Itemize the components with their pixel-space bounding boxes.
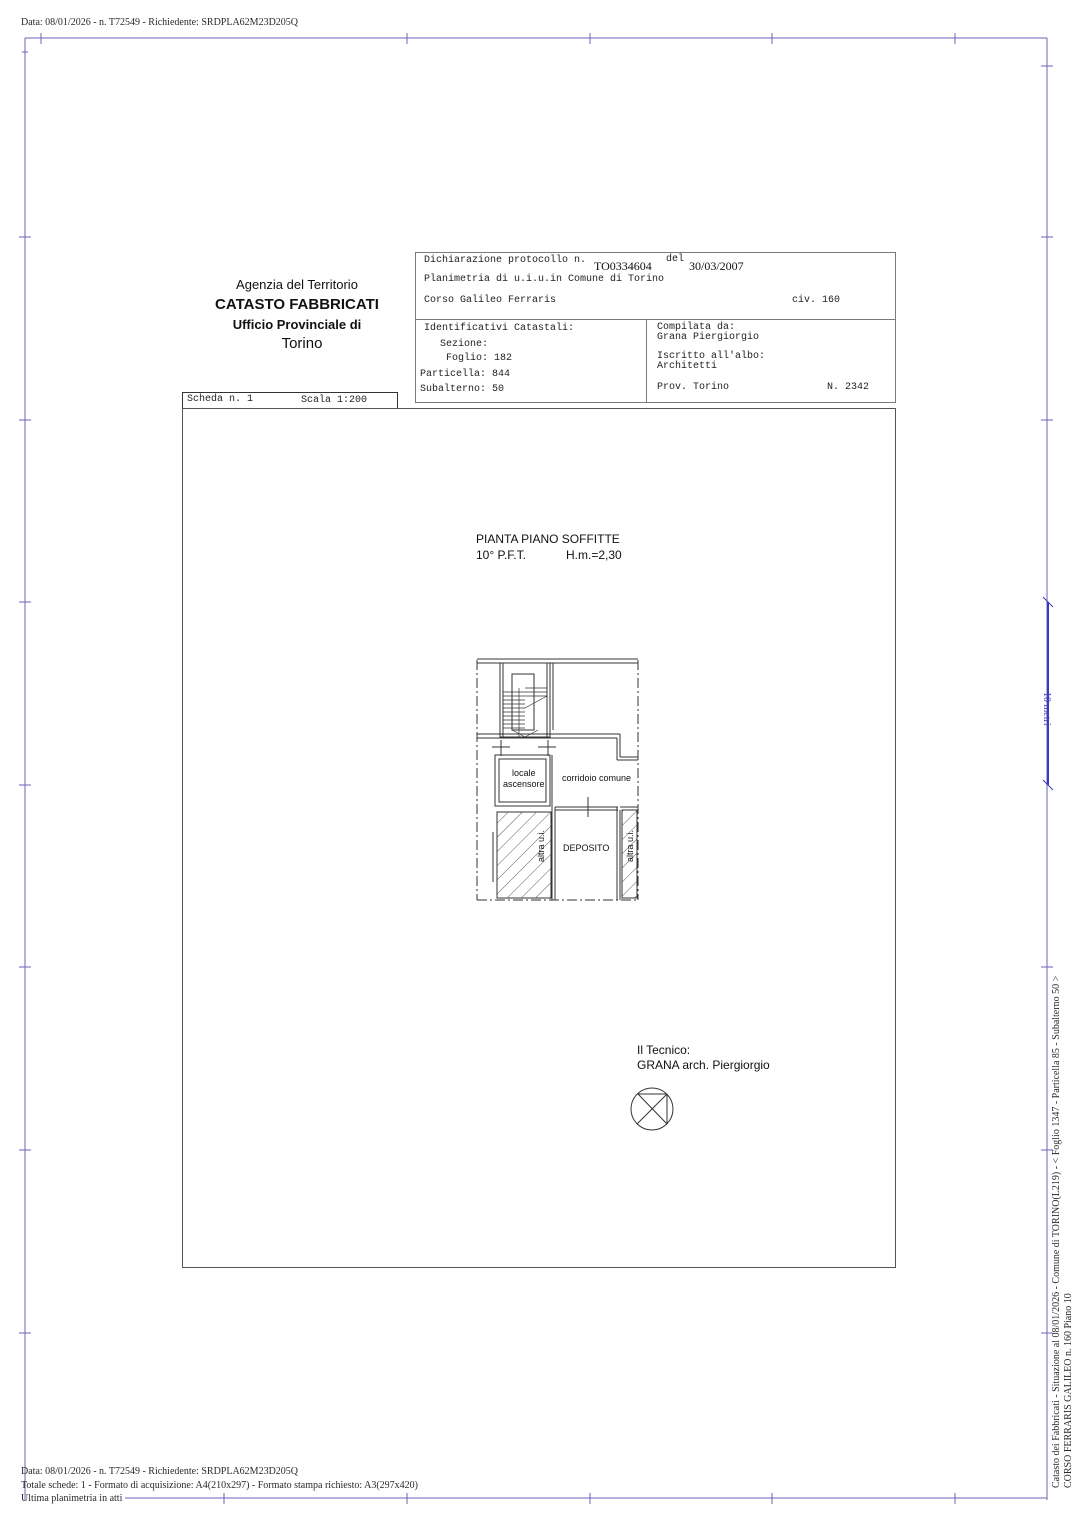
plan-floor: 10° P.F.T. xyxy=(476,548,526,562)
scale-bar-label: 10 metri xyxy=(1041,692,1052,726)
protocol-number: TO0334604 xyxy=(594,259,652,274)
identifiers-title: Identificativi Catastali: xyxy=(424,323,574,334)
footer-format-info: Totale schede: 1 - Formato di acquisizio… xyxy=(21,1480,418,1491)
particella: Particella: 844 xyxy=(420,369,510,380)
agency-office: Ufficio Provinciale di xyxy=(187,317,407,332)
address: Corso Galileo Ferraris xyxy=(424,295,556,306)
date-label: del xyxy=(666,254,684,265)
sheet-info-box: Scheda n. 1 Scala 1:200 xyxy=(182,392,398,409)
room-label-other-right: altra u.i. xyxy=(625,830,635,862)
sezione: Sezione: xyxy=(440,339,488,350)
agency-department: CATASTO FABBRICATI xyxy=(187,296,407,313)
footer-status: Ultima planimetria in atti xyxy=(21,1493,122,1504)
identifiers-box: Identificativi Catastali: Sezione: Fogli… xyxy=(415,319,647,403)
subalterno: Subalterno: 50 xyxy=(420,384,504,395)
civic-number: civ. 160 xyxy=(792,295,840,306)
plan-height: H.m.=2,30 xyxy=(566,548,622,562)
foglio: Foglio: 182 xyxy=(446,353,512,364)
sheet-number: Scheda n. 1 xyxy=(187,394,253,405)
sheet-scale: Scala 1:200 xyxy=(301,395,367,406)
room-label-corridor: corridoio comune xyxy=(562,773,631,783)
agency-city: Torino xyxy=(192,335,412,352)
stamp-icon xyxy=(630,1086,676,1132)
room-label-elevator-1: locale xyxy=(512,768,536,778)
register-name: Architetti xyxy=(657,361,717,372)
room-label-other-left: altra u.i. xyxy=(536,830,546,862)
plan-title: PIANTA PIANO SOFFITTE xyxy=(476,532,620,546)
agency-name: Agenzia del Territorio xyxy=(187,277,407,292)
register-number: N. 2342 xyxy=(827,382,869,393)
room-label-elevator-2: ascensore xyxy=(503,779,545,789)
compiler-name: Grana Piergiorgio xyxy=(657,332,759,343)
province: Prov. Torino xyxy=(657,382,729,393)
room-label-deposit: DEPOSITO xyxy=(563,843,609,853)
compiler-box: Compilata da: Grana Piergiorgio Iscritto… xyxy=(646,319,896,403)
declaration-box: Dichiarazione protocollo n. TO0334604 de… xyxy=(415,252,896,320)
planimetry-line: Planimetria di u.i.u.in Comune di Torino xyxy=(424,274,664,285)
declaration-date: 30/03/2007 xyxy=(689,259,744,274)
side-note-line1: Catasto dei Fabbricati - Situazione al 0… xyxy=(1051,976,1062,1488)
footer-request-info: Data: 08/01/2026 - n. T72549 - Richieden… xyxy=(21,1466,298,1477)
side-note-line2: CORSO FERRARIS GALILEO n. 160 Piano 10 xyxy=(1063,1293,1074,1488)
protocol-label: Dichiarazione protocollo n. xyxy=(424,255,586,266)
technician-label: Il Tecnico: xyxy=(637,1043,690,1057)
technician-name: GRANA arch. Piergiorgio xyxy=(637,1058,770,1072)
